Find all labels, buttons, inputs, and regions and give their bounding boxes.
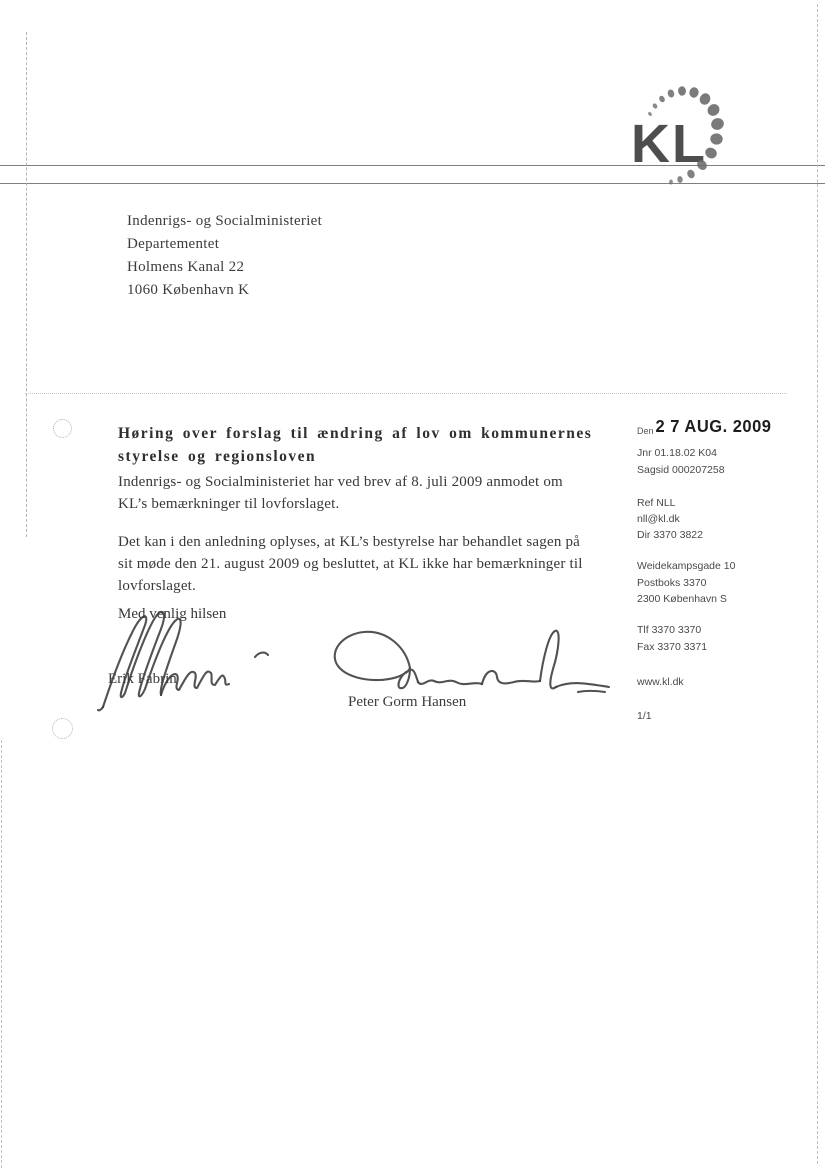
subject-heading: Høring over forslag til ændring af lov o… — [118, 422, 638, 468]
date-line: Den 2 7 AUG. 2009 — [637, 418, 771, 437]
punch-hole-mark-bottom — [52, 718, 73, 739]
date-label: Den — [637, 426, 654, 437]
signature-erik-fabrin — [95, 605, 280, 713]
address-pobox: Postboks 3370 — [637, 577, 706, 589]
phone-number: Tlf 3370 3370 — [637, 624, 701, 636]
website-url: www.kl.dk — [637, 676, 684, 688]
scan-artifact-right-dash — [817, 4, 818, 1164]
journal-number: Jnr 01.18.02 K04 — [637, 447, 717, 459]
signature-peter-gorm-hansen — [322, 626, 614, 704]
fax-number: Fax 3370 3371 — [637, 641, 707, 653]
signer-name-right: Peter Gorm Hansen — [348, 694, 466, 711]
kl-logo: KL — [628, 82, 743, 194]
address-street: Weidekampsgade 10 — [637, 560, 735, 572]
scan-artifact-left-edge-dash — [1, 740, 2, 1168]
recipient-address: Indenrigs- og Socialministeriet Departem… — [127, 210, 447, 302]
page-number: 1/1 — [637, 710, 652, 722]
scanned-letter-page: KL Indenrigs- og Socialministeriet De — [0, 0, 825, 1168]
reference-initials: Ref NLL — [637, 497, 676, 509]
address-city: 2300 København S — [637, 593, 727, 605]
body-paragraph-1: Indenrigs- og Socialministeriet har ved … — [118, 471, 638, 515]
direct-phone: Dir 3370 3822 — [637, 529, 703, 541]
kl-logo-text: KL — [631, 114, 707, 174]
scan-artifact-left-dash — [26, 32, 27, 537]
kl-logo-graphic: KL — [628, 82, 743, 194]
date-stamp: 2 7 AUG. 2009 — [656, 418, 772, 438]
body-paragraph-2: Det kan i den anledning oplyses, at KL’s… — [118, 531, 638, 597]
scan-artifact-dotted-line — [25, 393, 787, 394]
contact-email: nll@kl.dk — [637, 513, 680, 525]
punch-hole-mark-top — [53, 419, 72, 438]
case-id: Sagsid 000207258 — [637, 464, 725, 476]
